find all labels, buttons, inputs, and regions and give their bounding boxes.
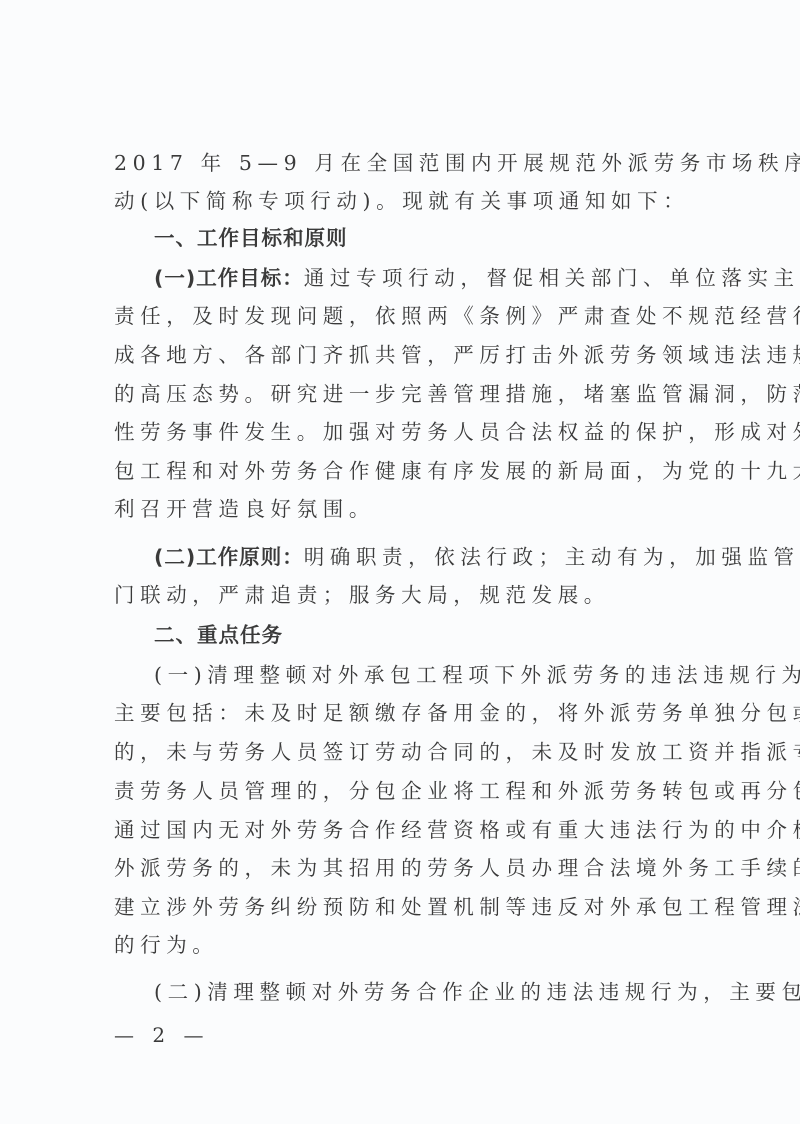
body-line: 动(以下简称专项行动)。现就有关事项通知如下： [114, 186, 694, 216]
body-line: 的高压态势。研究进一步完善管理措施，堵塞监管漏洞，防范群体 [114, 379, 694, 409]
body-text: 通过专项行动，督促相关部门、单位落实主体 [304, 266, 800, 290]
body-line: 利召开营造良好氛围。 [114, 494, 694, 524]
body-line: 外派劳务的，未为其招用的劳务人员办理合法境外务工手续的，未 [114, 853, 694, 883]
subsection-title: (一)工作目标： [154, 266, 304, 290]
body-line: (一)清理整顿对外承包工程项下外派劳务的违法违规行为， [154, 660, 694, 690]
body-line: 成各地方、各部门齐抓共管，严厉打击外派劳务领域违法违规行为 [114, 340, 694, 370]
body-line: (二)清理整顿对外劳务合作企业的违法违规行为，主要包括： [154, 977, 694, 1007]
section-heading: 二、重点任务 [154, 620, 694, 650]
subsection-paragraph-start: (二)工作原则：明确职责，依法行政；主动有为，加强监管；部 [154, 542, 694, 572]
subsection-title: (二)工作原则： [154, 545, 304, 569]
body-line: 2017 年 5—9 月在全国范围内开展规范外派劳务市场秩序专项行 [114, 148, 694, 178]
body-line: 性劳务事件发生。加强对劳务人员合法权益的保护，形成对外承 [114, 417, 694, 447]
body-line: 主要包括：未及时足额缴存备用金的，将外派劳务单独分包或转包 [114, 698, 694, 728]
document-page: 2017 年 5—9 月在全国范围内开展规范外派劳务市场秩序专项行 动(以下简称… [0, 0, 800, 1124]
page-number: — 2 — [114, 1020, 209, 1050]
body-line: 包工程和对外劳务合作健康有序发展的新局面，为党的十九大胜 [114, 456, 694, 486]
body-line: 责任，及时发现问题，依照两《条例》严肃查处不规范经营行为，形 [114, 301, 694, 331]
body-line: 责劳务人员管理的，分包企业将工程和外派劳务转包或再分包的， [114, 776, 694, 806]
body-text: 明确职责，依法行政；主动有为，加强监管；部 [304, 545, 800, 569]
subsection-paragraph-start: (一)工作目标：通过专项行动，督促相关部门、单位落实主体 [154, 263, 694, 293]
body-line: 门联动，严肃追责；服务大局，规范发展。 [114, 580, 694, 610]
body-line: 通过国内无对外劳务合作经营资格或有重大违法行为的中介机构 [114, 815, 694, 845]
section-heading: 一、工作目标和原则 [154, 223, 694, 253]
body-line: 的，未与劳务人员签订劳动合同的，未及时发放工资并指派专人负 [114, 737, 694, 767]
body-line: 建立涉外劳务纠纷预防和处置机制等违反对外承包工程管理法规 [114, 892, 694, 922]
body-line: 的行为。 [114, 930, 694, 960]
